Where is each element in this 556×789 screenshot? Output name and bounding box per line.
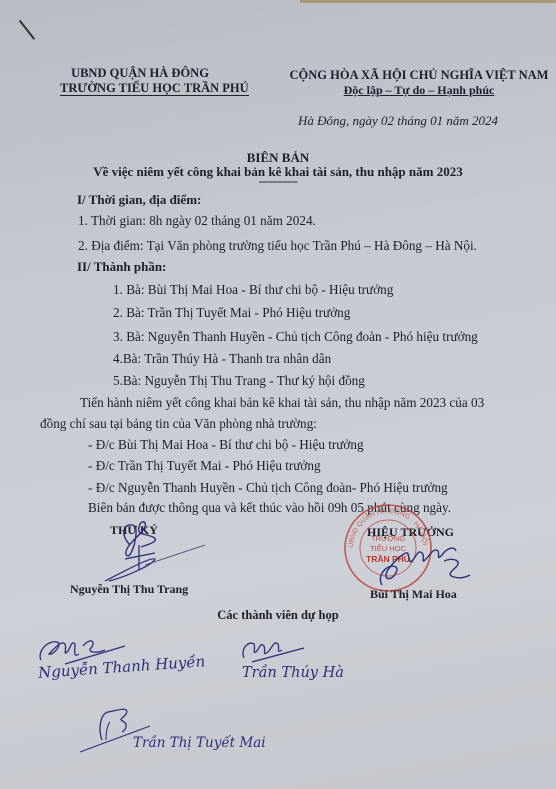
section-2-heading: II/ Thành phần:	[77, 259, 166, 275]
comrade-item: - Đ/c Nguyễn Thanh Huyền - Chủ tịch Công…	[88, 480, 448, 496]
agency-name: UBND QUẬN HÀ ĐÔNG	[60, 66, 220, 81]
title-separator: -----------	[0, 174, 556, 189]
header-right: CỘNG HÒA XÃ HỘI CHỦ NGHĨA VIỆT NAM Độc l…	[286, 68, 552, 98]
school-name: TRƯỜNG TIỂU HỌC TRẦN PHÚ	[60, 81, 220, 96]
handwritten-name-ha: Trần Thúy Hà	[242, 665, 344, 681]
member-item: 1. Bà: Bùi Thị Mai Hoa - Bí thư chi bộ -…	[113, 282, 393, 298]
member-signature-ha	[238, 634, 318, 669]
handwritten-name-mai: Trần Thị Tuyết Mai	[133, 735, 266, 751]
member-item: 2. Bà: Trần Thị Tuyết Mai - Phó Hiệu trư…	[113, 305, 350, 321]
comrade-item: - Đ/c Trần Thị Tuyết Mai - Phó Hiệu trưở…	[88, 458, 321, 474]
nation-name: CỘNG HÒA XÃ HỘI CHỦ NGHĨA VIỆT NAM	[286, 68, 552, 83]
date-line: Hà Đông, ngày 02 tháng 01 năm 2024	[298, 113, 498, 129]
secretary-name: Nguyễn Thị Thu Trang	[70, 582, 188, 597]
member-item: 3. Bà: Nguyễn Thanh Huyền - Chủ tịch Côn…	[113, 329, 478, 345]
member-item: 4.Bà: Trần Thúy Hà - Thanh tra nhân dân	[113, 351, 331, 367]
members-heading: Các thành viên dự họp	[0, 608, 556, 623]
principal-name: Bùi Thị Mai Hoa	[370, 587, 457, 602]
time-item: 1. Thời gian: 8h ngày 02 tháng 01 năm 20…	[78, 213, 316, 229]
header-left: UBND QUẬN HÀ ĐÔNG TRƯỜNG TIỂU HỌC TRẦN P…	[60, 66, 220, 96]
comrade-item: - Đ/c Bùi Thị Mai Hoa - Bí thư chi bộ - …	[88, 437, 364, 453]
intro-paragraph-line-2: đồng chí sau tại bảng tin của Văn phòng …	[40, 416, 317, 432]
pen-mark	[19, 20, 35, 40]
member-item: 5.Bà: Nguyễn Thị Thu Trang - Thư ký hội …	[113, 373, 365, 389]
national-motto: Độc lập – Tự do – Hạnh phúc	[286, 83, 552, 98]
photo-edge-background	[300, 0, 556, 3]
principal-signature	[370, 535, 480, 595]
secretary-signature	[95, 515, 215, 590]
intro-paragraph-line-1: Tiến hành niêm yết công khai bản kê khai…	[80, 395, 484, 411]
location-item: 2. Địa điểm: Tại Văn phòng trường tiểu h…	[78, 238, 477, 254]
section-1-heading: I/ Thời gian, địa điểm:	[77, 192, 201, 208]
